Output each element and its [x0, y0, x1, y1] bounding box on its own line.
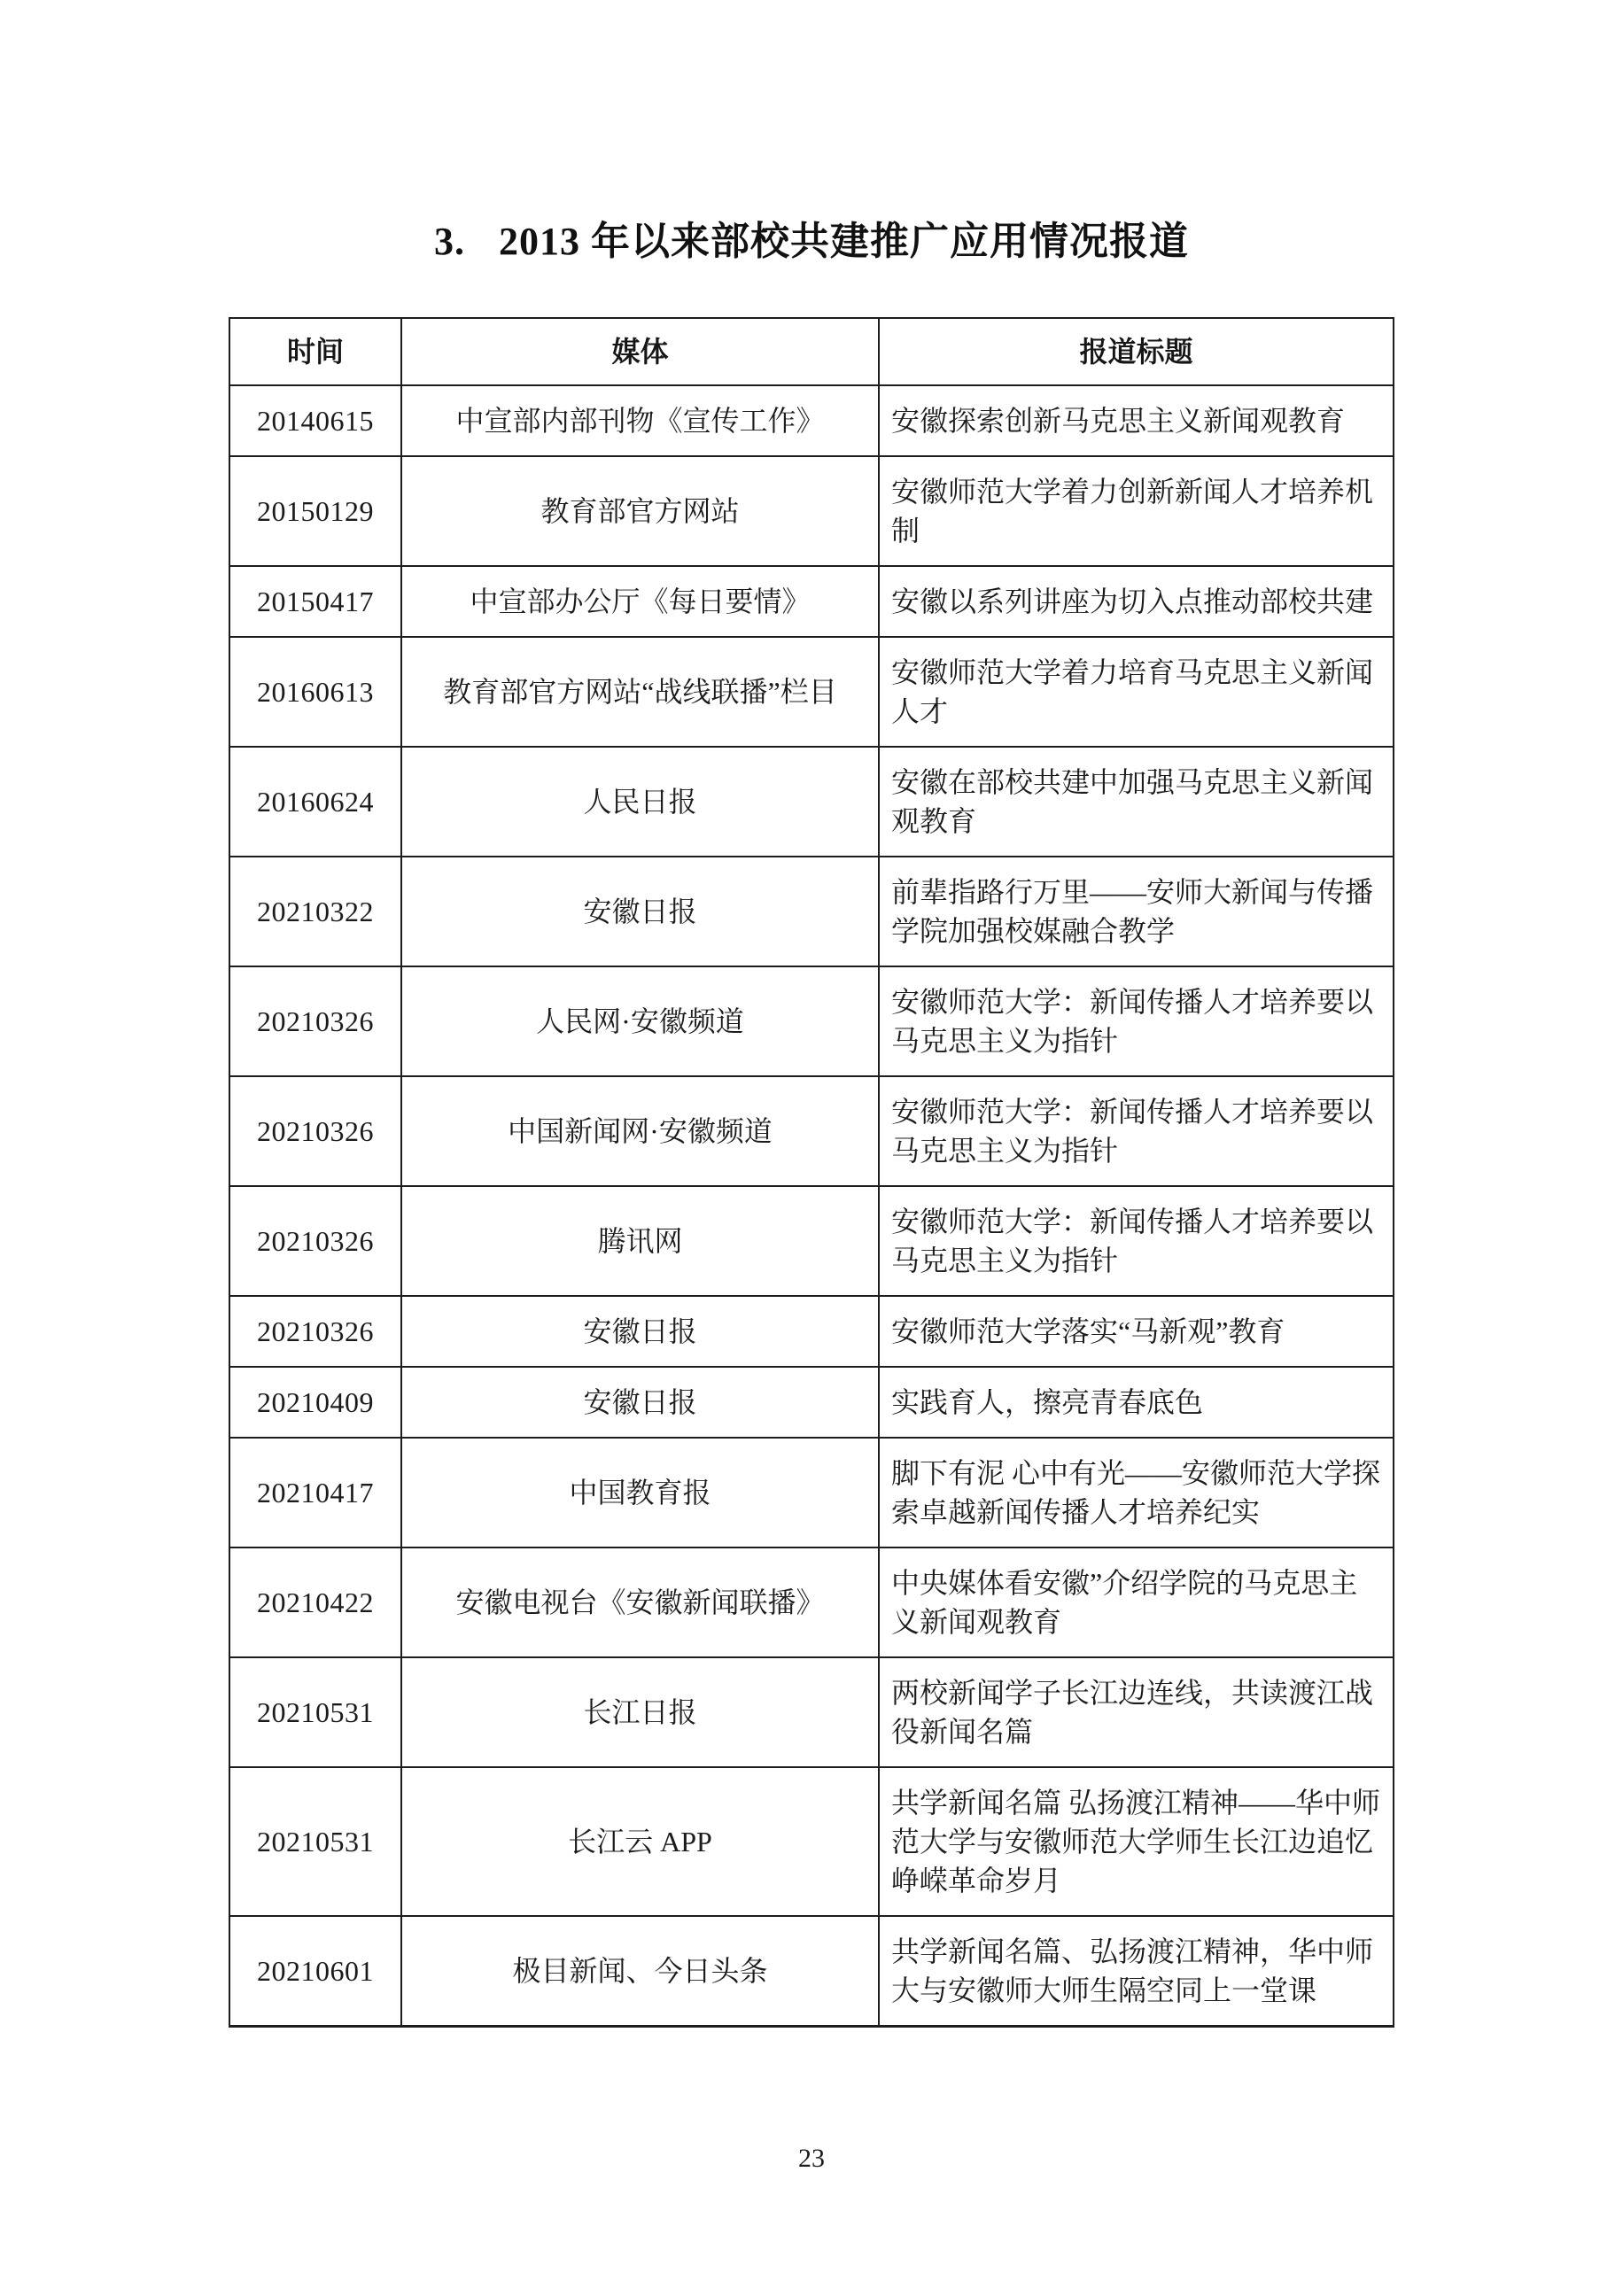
table-row: 20210326中国新闻网·安徽频道安徽师范大学：新闻传播人才培养要以马克思主义… [229, 1076, 1394, 1186]
row-media: 中宣部办公厅《每日要情》 [401, 566, 879, 637]
table-row: 20160613教育部官方网站“战线联播”栏目安徽师范大学着力培育马克思主义新闻… [229, 637, 1394, 747]
row-media: 中国新闻网·安徽频道 [401, 1076, 879, 1186]
row-media: 安徽日报 [401, 1296, 879, 1367]
row-media: 安徽日报 [401, 1367, 879, 1438]
row-report-title: 实践育人，擦亮青春底色 [879, 1367, 1394, 1438]
table-row: 20210322安徽日报前辈指路行万里——安师大新闻与传播学院加强校媒融合教学 [229, 857, 1394, 966]
row-report-title: 安徽探索创新马克思主义新闻观教育 [879, 385, 1394, 456]
column-header-media: 媒体 [401, 318, 879, 385]
row-report-title: 两校新闻学子长江边连线，共读渡江战役新闻名篇 [879, 1657, 1394, 1767]
row-report-title: 安徽师范大学：新闻传播人才培养要以马克思主义为指针 [879, 1076, 1394, 1186]
row-media: 安徽电视台《安徽新闻联播》 [401, 1547, 879, 1657]
row-report-title: 安徽师范大学着力创新新闻人才培养机制 [879, 456, 1394, 566]
table-row: 20150129教育部官方网站安徽师范大学着力创新新闻人才培养机制 [229, 456, 1394, 566]
row-report-title: 前辈指路行万里——安师大新闻与传播学院加强校媒融合教学 [879, 857, 1394, 966]
row-report-title: 安徽师范大学：新闻传播人才培养要以马克思主义为指针 [879, 966, 1394, 1076]
table-row: 20210326人民网·安徽频道安徽师范大学：新闻传播人才培养要以马克思主义为指… [229, 966, 1394, 1076]
row-date: 20210601 [229, 1916, 401, 2027]
table-row: 20140615中宣部内部刊物《宣传工作》安徽探索创新马克思主义新闻观教育 [229, 385, 1394, 456]
table-row: 20210422安徽电视台《安徽新闻联播》中央媒体看安徽”介绍学院的马克思主义新… [229, 1547, 1394, 1657]
row-date: 20210409 [229, 1367, 401, 1438]
row-media: 中宣部内部刊物《宣传工作》 [401, 385, 879, 456]
row-report-title: 中央媒体看安徽”介绍学院的马克思主义新闻观教育 [879, 1547, 1394, 1657]
row-media: 中国教育报 [401, 1438, 879, 1547]
table-row: 20210531长江云 APP共学新闻名篇 弘扬渡江精神——华中师范大学与安徽师… [229, 1767, 1394, 1916]
row-media: 教育部官方网站“战线联播”栏目 [401, 637, 879, 747]
row-report-title: 安徽师范大学落实“马新观”教育 [879, 1296, 1394, 1367]
table-row: 20150417中宣部办公厅《每日要情》安徽以系列讲座为切入点推动部校共建 [229, 566, 1394, 637]
table-body: 20140615中宣部内部刊物《宣传工作》安徽探索创新马克思主义新闻观教育201… [229, 385, 1394, 2027]
row-media: 长江云 APP [401, 1767, 879, 1916]
row-date: 20210422 [229, 1547, 401, 1657]
row-date: 20150417 [229, 566, 401, 637]
section-heading-title: 2013 年以来部校共建推广应用情况报道 [499, 220, 1189, 263]
table-header-row: 时间 媒体 报道标题 [229, 318, 1394, 385]
row-date: 20160613 [229, 637, 401, 747]
row-media: 极目新闻、今日头条 [401, 1916, 879, 2027]
section-heading: 3.2013 年以来部校共建推广应用情况报道 [0, 0, 1623, 266]
column-header-time: 时间 [229, 318, 401, 385]
row-report-title: 安徽以系列讲座为切入点推动部校共建 [879, 566, 1394, 637]
row-date: 20210531 [229, 1767, 401, 1916]
table-row: 20160624人民日报安徽在部校共建中加强马克思主义新闻观教育 [229, 747, 1394, 857]
row-date: 20210322 [229, 857, 401, 966]
row-media: 长江日报 [401, 1657, 879, 1767]
row-date: 20210417 [229, 1438, 401, 1547]
row-date: 20210326 [229, 966, 401, 1076]
media-coverage-table: 时间 媒体 报道标题 20140615中宣部内部刊物《宣传工作》安徽探索创新马克… [229, 317, 1394, 2028]
table-row: 20210531长江日报两校新闻学子长江边连线，共读渡江战役新闻名篇 [229, 1657, 1394, 1767]
row-media: 腾讯网 [401, 1186, 879, 1296]
column-header-report-title: 报道标题 [879, 318, 1394, 385]
section-heading-number: 3. [434, 220, 465, 263]
row-media: 人民网·安徽频道 [401, 966, 879, 1076]
row-date: 20210326 [229, 1296, 401, 1367]
row-date: 20160624 [229, 747, 401, 857]
table-row: 20210326安徽日报安徽师范大学落实“马新观”教育 [229, 1296, 1394, 1367]
row-media: 安徽日报 [401, 857, 879, 966]
row-date: 20150129 [229, 456, 401, 566]
row-date: 20210531 [229, 1657, 401, 1767]
row-date: 20140615 [229, 385, 401, 456]
row-report-title: 安徽师范大学着力培育马克思主义新闻人才 [879, 637, 1394, 747]
row-media: 人民日报 [401, 747, 879, 857]
table-row: 20210417中国教育报脚下有泥 心中有光——安徽师范大学探索卓越新闻传播人才… [229, 1438, 1394, 1547]
row-date: 20210326 [229, 1076, 401, 1186]
row-report-title: 安徽在部校共建中加强马克思主义新闻观教育 [879, 747, 1394, 857]
row-report-title: 共学新闻名篇 弘扬渡江精神——华中师范大学与安徽师范大学师生长江边追忆峥嵘革命岁… [879, 1767, 1394, 1916]
row-date: 20210326 [229, 1186, 401, 1296]
row-report-title: 共学新闻名篇、弘扬渡江精神，华中师大与安徽师大师生隔空同上一堂课 [879, 1916, 1394, 2027]
table-row: 20210326腾讯网安徽师范大学：新闻传播人才培养要以马克思主义为指针 [229, 1186, 1394, 1296]
row-media: 教育部官方网站 [401, 456, 879, 566]
page-number: 23 [0, 2144, 1623, 2174]
row-report-title: 脚下有泥 心中有光——安徽师范大学探索卓越新闻传播人才培养纪实 [879, 1438, 1394, 1547]
row-report-title: 安徽师范大学：新闻传播人才培养要以马克思主义为指针 [879, 1186, 1394, 1296]
table-row: 20210601极目新闻、今日头条共学新闻名篇、弘扬渡江精神，华中师大与安徽师大… [229, 1916, 1394, 2027]
table-row: 20210409安徽日报实践育人，擦亮青春底色 [229, 1367, 1394, 1438]
